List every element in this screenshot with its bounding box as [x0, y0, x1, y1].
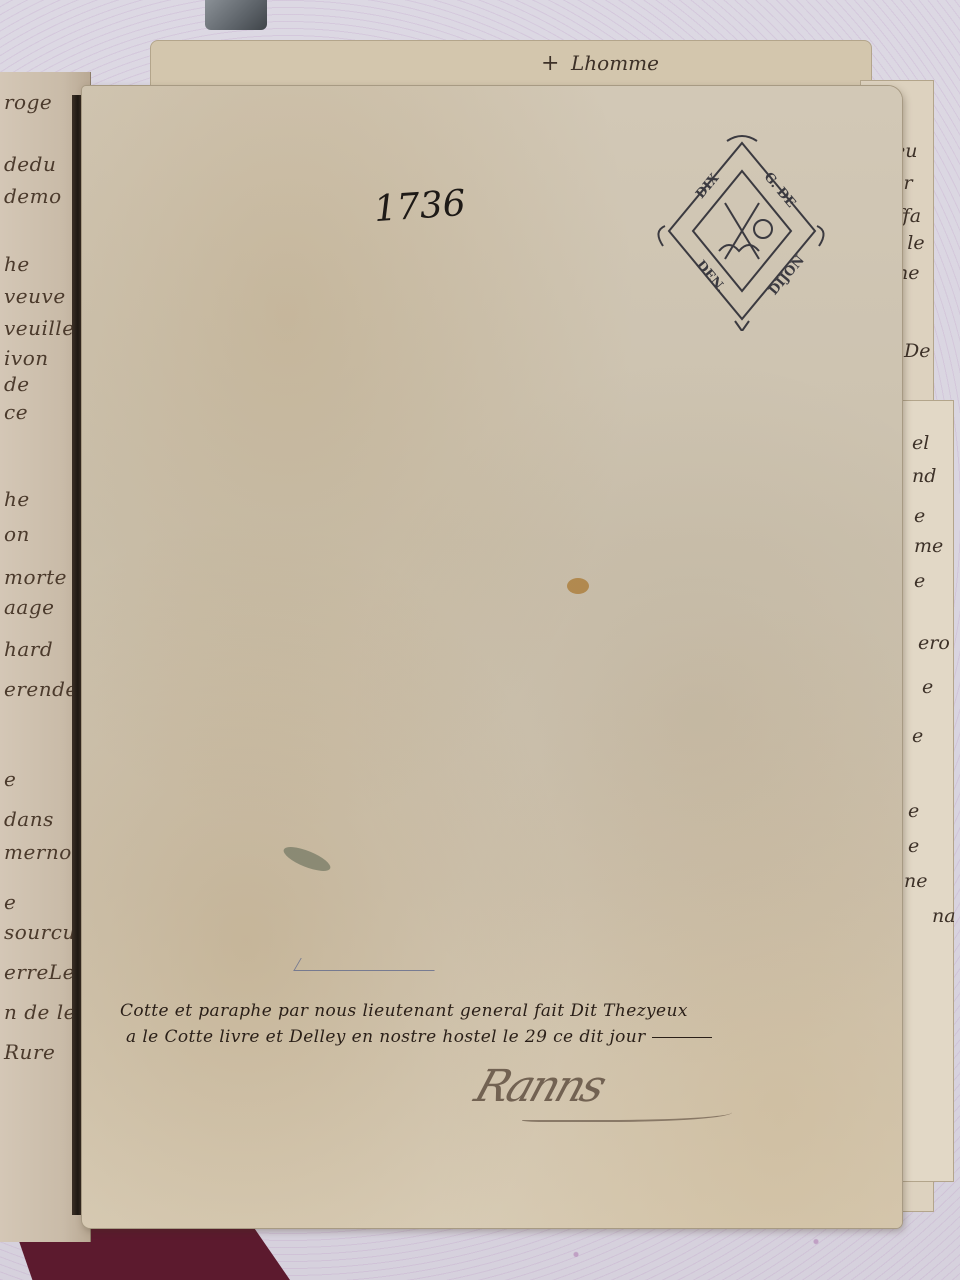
signature-flourish	[522, 1106, 732, 1122]
left-fragment: aage	[4, 595, 55, 619]
left-fragment: hard	[4, 637, 53, 661]
left-fragment: veuille	[4, 316, 75, 340]
left-fragment: e	[4, 767, 16, 791]
left-fragment: demo	[4, 184, 62, 208]
left-fragment: he	[4, 252, 30, 276]
svg-text:DEN.: DEN.	[693, 258, 728, 296]
mold-stain	[281, 842, 333, 876]
left-fragment: he	[4, 487, 30, 511]
left-fragment: erreLe	[4, 960, 75, 984]
left-fragment: on	[4, 522, 30, 546]
left-fragment: erende	[4, 677, 78, 701]
left-fragment: morte	[4, 565, 67, 589]
edge-fragment: na	[932, 905, 956, 927]
edge-fragment: e	[922, 676, 933, 698]
edge-fragment: nd	[912, 465, 936, 487]
metal-weight	[205, 0, 267, 30]
inscription-line-1: Cotte et paraphe par nous lieutenant gen…	[120, 998, 880, 1024]
inscription-line-2-text: a le Cotte livre et Delley en nostre hos…	[126, 1027, 646, 1047]
left-fragment: veuve	[4, 284, 66, 308]
inscription-line-2: a le Cotte livre et Delley en nostre hos…	[126, 1024, 880, 1050]
closing-inscription: Cotte et paraphe par nous lieutenant gen…	[120, 998, 880, 1050]
tax-stamp-icon: DIX G. DE DIJON DEN.	[657, 131, 827, 331]
svg-text:G. DE: G. DE	[761, 170, 799, 211]
svg-text:DIX: DIX	[693, 170, 723, 201]
pencil-mark	[293, 958, 442, 971]
left-fragment: dans	[4, 807, 54, 831]
left-fragment: e	[4, 890, 16, 914]
left-fragment: de	[4, 372, 30, 396]
under-page-word: Lhomme	[571, 51, 659, 75]
left-fragment: n de le	[4, 1000, 76, 1024]
left-fragment: ivon	[4, 346, 49, 370]
flourish-line	[652, 1037, 712, 1038]
main-manuscript-page: 1736 DIX G. DE DIJON DEN.	[82, 86, 902, 1228]
edge-fragment: ero	[918, 632, 950, 654]
edge-fragment: e	[908, 835, 919, 857]
edge-fragment: me	[914, 535, 943, 557]
svg-text:DIJON: DIJON	[766, 253, 808, 299]
left-fragment: dedu	[4, 152, 56, 176]
cross-mark: +	[541, 51, 559, 76]
left-fragment: Rure	[4, 1040, 55, 1064]
left-fragment: ce	[4, 400, 28, 424]
signature: Ranns	[469, 1061, 610, 1112]
edge-fragment: De	[904, 340, 930, 362]
left-fragment: roge	[4, 90, 52, 114]
edge-fragment: e	[912, 725, 923, 747]
edge-fragment: ne	[904, 870, 927, 892]
edge-fragment: e	[908, 800, 919, 822]
year-heading: 1736	[373, 183, 467, 230]
edge-fragment: el	[912, 432, 929, 454]
foxing-stain	[567, 578, 589, 594]
edge-fragment: e	[914, 570, 925, 592]
edge-fragment: e	[914, 505, 925, 527]
left-fragment: mernot	[4, 840, 80, 864]
